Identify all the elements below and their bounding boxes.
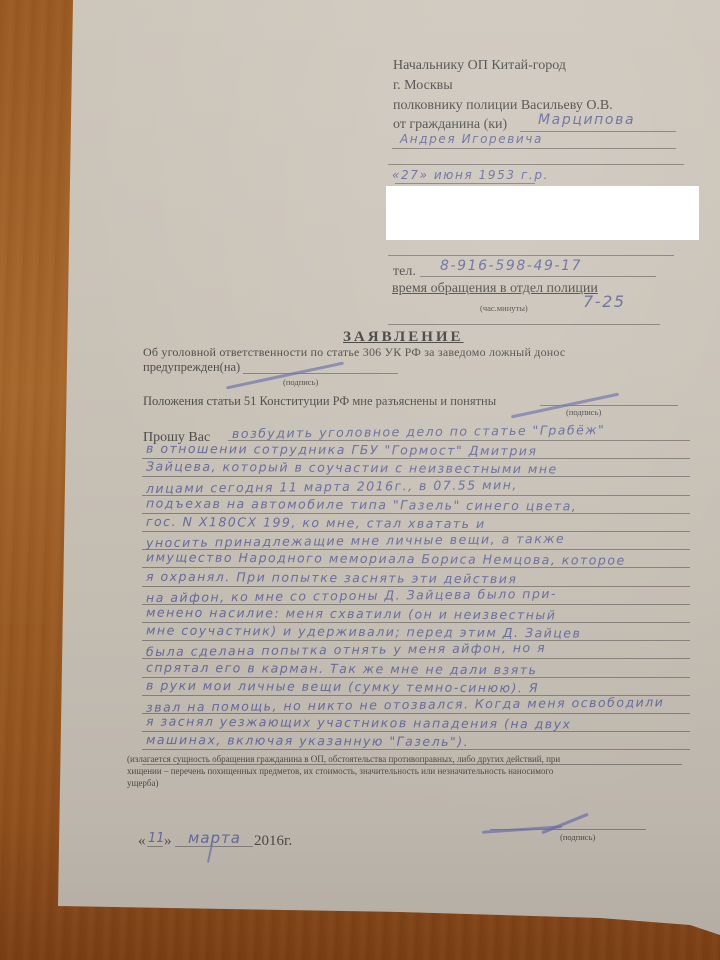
constitution-signature-line xyxy=(540,405,678,406)
handwritten-line: гос. N Х180СХ 199, ко мне, стал хватать … xyxy=(146,514,486,531)
date-day-underline xyxy=(147,846,163,847)
ruled-line xyxy=(142,640,690,641)
warning-line-1: Об уголовной ответственности по статье 3… xyxy=(143,345,565,360)
handwritten-line: уносить принадлежащие мне личные вещи, а… xyxy=(146,531,565,550)
ruled-line xyxy=(142,695,690,696)
handwritten-line: спрятал его в карман. Так же мне не дали… xyxy=(146,659,538,677)
ruled-line xyxy=(142,567,690,568)
date-day-handwritten: 11 xyxy=(148,831,165,846)
ruled-line xyxy=(142,749,690,750)
time-units-label: (час.минуты) xyxy=(480,303,528,313)
instructions-caption-line: ущерба) xyxy=(127,778,159,788)
footer-signature-caption: (подпись) xyxy=(560,832,595,842)
handwritten-line: возбудить уголовное дело по статье "Граб… xyxy=(232,422,605,441)
from-name-handwritten-2: Андрея Игоревича xyxy=(400,132,543,146)
time-label: время обращения в отдел полиции xyxy=(392,281,598,297)
warning-signature-stroke xyxy=(226,362,344,390)
handwritten-line: звал на помощь, но никто не отозвался. К… xyxy=(146,694,664,714)
request-label: Прошу Вас xyxy=(143,430,210,446)
ruled-line xyxy=(142,549,690,550)
from-name-underline-2 xyxy=(392,148,676,149)
blank-line-2 xyxy=(388,255,674,256)
handwritten-line: мне соучастник) и удерживали; перед этим… xyxy=(146,623,582,641)
constitution-signature-stroke xyxy=(511,393,619,419)
instructions-caption-line: (излагается сущность обращения гражданин… xyxy=(127,754,560,764)
ruled-line xyxy=(142,495,690,496)
ruled-line xyxy=(142,658,690,659)
phone-label: тел. xyxy=(393,264,416,280)
ruled-line xyxy=(142,713,690,714)
addressee-line-2: г. Москвы xyxy=(393,78,453,94)
from-name-underline-1 xyxy=(520,131,676,132)
birth-date-underline xyxy=(395,183,535,184)
handwritten-line: имущество Народного мемориала Бориса Нем… xyxy=(146,550,626,568)
blank-line-3 xyxy=(388,324,660,325)
ruled-line xyxy=(142,622,690,623)
ruled-line xyxy=(142,513,690,514)
ruled-line xyxy=(142,458,690,459)
date-close-quote: » xyxy=(164,833,172,849)
date-year: 2016г. xyxy=(254,833,292,849)
handwritten-line: в отношении сотрудника ГБУ "Гормост" Дми… xyxy=(146,441,538,459)
birth-date-handwritten: «27» июня 1953 г.р. xyxy=(392,168,549,182)
warning-signature-caption: (подпись) xyxy=(283,377,318,387)
footer-signature-stroke-1 xyxy=(482,825,562,834)
document-title: ЗАЯВЛЕНИЕ xyxy=(343,329,464,346)
date-open-quote: « xyxy=(138,833,146,849)
ruled-line xyxy=(142,476,690,477)
ruled-line xyxy=(228,440,690,441)
ruled-line xyxy=(142,604,690,605)
ruled-line xyxy=(142,531,690,532)
ruled-line xyxy=(142,586,690,587)
ruled-line xyxy=(142,764,682,765)
paper-sheet: Начальнику ОП Китай-город г. Москвы полк… xyxy=(0,0,720,960)
date-month-handwritten: марта xyxy=(188,829,241,847)
handwritten-line: менено насилие: меня схватили (он и неиз… xyxy=(146,605,557,623)
from-label: от гражданина (ки) xyxy=(393,117,507,133)
addressee-line-1: Начальнику ОП Китай-город xyxy=(393,58,566,74)
handwritten-line: я заснял уезжающих участников нападения … xyxy=(146,714,572,732)
handwritten-line: была сделана попытка отнять у меня айфон… xyxy=(146,640,546,659)
handwritten-line: машинах, включая указанную "Газель"). xyxy=(146,732,469,749)
phone-underline xyxy=(420,276,656,277)
handwritten-line: на айфон, ко мне со стороны Д. Зайцева б… xyxy=(146,586,557,605)
date-month-underline xyxy=(175,846,253,847)
handwritten-line: подъехав на автомобиле типа "Газель" син… xyxy=(146,495,577,513)
date-month-stroke xyxy=(207,843,213,863)
handwritten-line: лицами сегодня 11 марта 2016г., в 07.55 … xyxy=(146,477,518,496)
warning-signature-line xyxy=(243,373,398,374)
handwritten-line: в руки мои личные вещи (сумку темно-синю… xyxy=(146,677,539,695)
from-name-handwritten-1: Марципова xyxy=(538,112,635,128)
footer-signature-line xyxy=(490,829,646,830)
handwritten-line: я охранял. При попытке заснять эти дейст… xyxy=(146,568,518,586)
instructions-caption-line: хищении – перечень похищенных предметов,… xyxy=(127,766,553,776)
handwritten-line: Зайцева, который в соучастии с неизвестн… xyxy=(146,459,558,477)
ruled-line xyxy=(142,731,690,732)
ruled-line xyxy=(142,677,690,678)
warning-line-2: предупрежден(на) xyxy=(143,360,240,375)
constitution-signature-caption: (подпись) xyxy=(566,407,601,417)
addressee-line-3: полковнику полиции Васильеву О.В. xyxy=(393,98,613,114)
redacted-address-block xyxy=(386,186,699,240)
blank-line-1 xyxy=(388,164,684,165)
constitution-text: Положения статьи 51 Конституции РФ мне р… xyxy=(143,394,496,409)
footer-signature-stroke-2 xyxy=(541,813,588,835)
phone-handwritten: 8-916-598-49-17 xyxy=(440,258,582,274)
time-handwritten: 7-25 xyxy=(583,292,626,311)
